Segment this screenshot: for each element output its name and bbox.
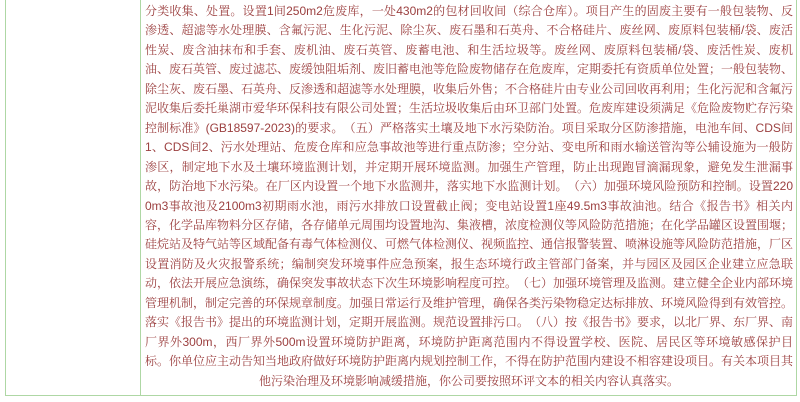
table-cell-content: 分类收集、处置。设置1间250m2危废库，一处430m2的包材回收间（综合仓库）…	[141, 0, 796, 395]
approval-conditions-paragraph: 分类收集、处置。设置1间250m2危废库，一处430m2的包材回收间（综合仓库）…	[145, 2, 793, 391]
table-cell-label	[6, 0, 141, 395]
next-table-row-gap	[5, 396, 797, 402]
approval-table-row: 分类收集、处置。设置1间250m2危废库，一处430m2的包材回收间（综合仓库）…	[5, 0, 797, 396]
document-page: 分类收集、处置。设置1间250m2危废库，一处430m2的包材回收间（综合仓库）…	[0, 0, 800, 402]
